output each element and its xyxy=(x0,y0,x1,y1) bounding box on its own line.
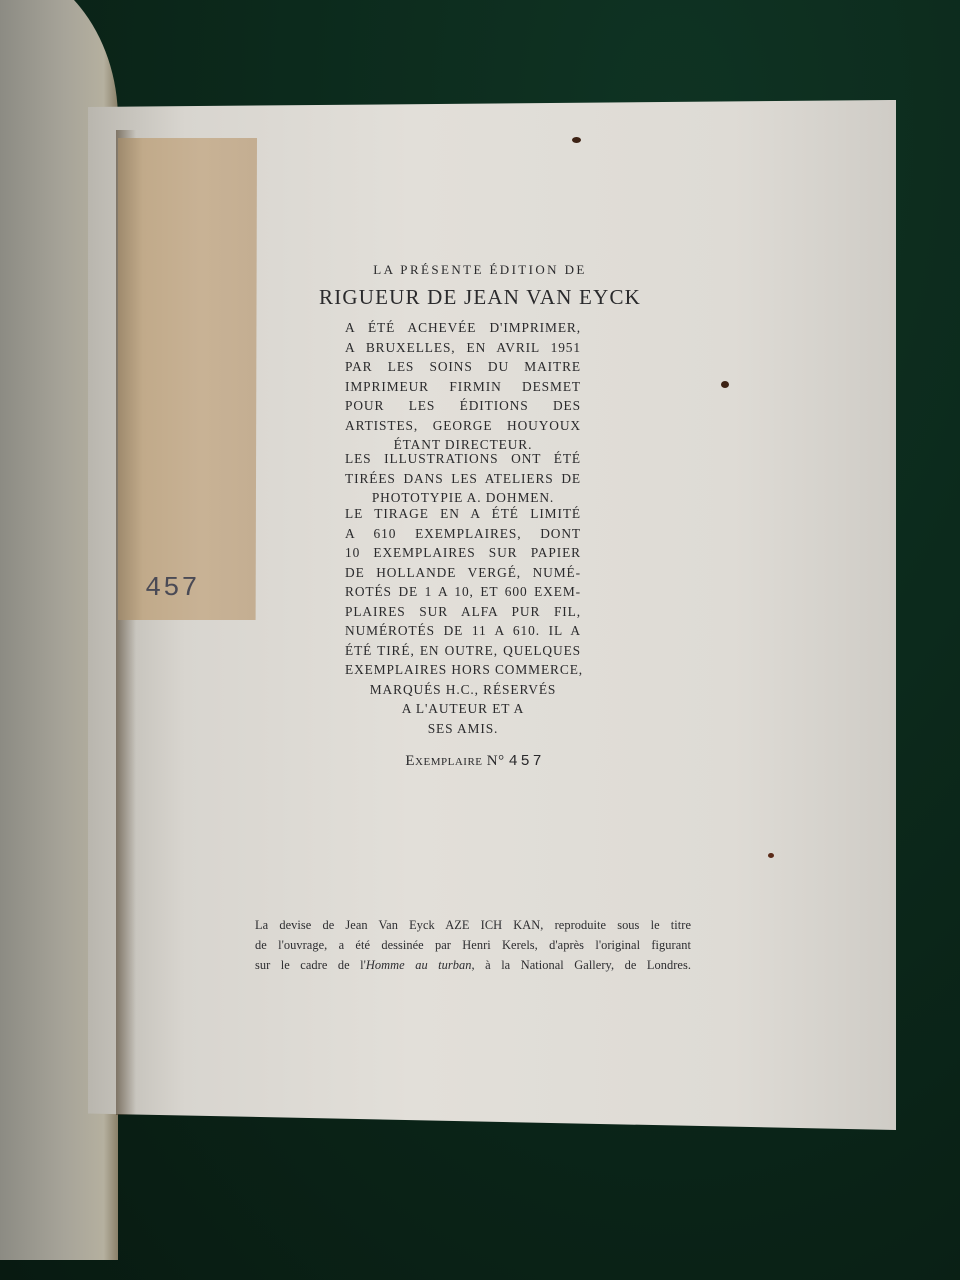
colophon-line: de Hollande vergé, numé- xyxy=(345,563,581,583)
colophon-line: par les soins du maitre xyxy=(345,357,581,377)
colophon-line: tirées dans les ateliers de xyxy=(345,469,581,489)
copy-number: Exemplaire N°457 xyxy=(370,753,580,770)
colophon-line: exemplaires hors commerce, xyxy=(345,660,581,680)
motto-note: La devise de Jean Van Eyck AZE ICH KAN, … xyxy=(255,915,691,975)
foxing-spot xyxy=(721,381,729,388)
colophon-line: Le tirage en a été limité xyxy=(345,504,581,524)
colophon-line: Les illustrations ont été xyxy=(345,449,581,469)
foxing-spot xyxy=(572,137,581,143)
colophon-paragraph-printing: A été achevée d'imprimer, a Bruxelles, e… xyxy=(345,318,581,455)
colophon-line: été tiré, en outre, quelques xyxy=(345,641,581,661)
note-line: sur le cadre de l'Homme au turban, à la … xyxy=(255,955,691,975)
copy-number-label: Exemplaire N° xyxy=(405,753,504,769)
note-text: à la National Gallery, de Londres. xyxy=(475,958,691,972)
colophon-paragraph-illustrations: Les illustrations ont été tirées dans le… xyxy=(345,449,581,508)
note-line: La devise de Jean Van Eyck AZE ICH KAN, … xyxy=(255,915,691,935)
colophon-line: rotés de 1 a 10, et 600 exem- xyxy=(345,582,581,602)
foxing-spot xyxy=(768,853,774,858)
note-text: sur le cadre de l' xyxy=(255,958,366,972)
tipped-in-slip xyxy=(118,138,257,620)
colophon-line: a Bruxelles, en avril 1951 xyxy=(345,338,581,358)
book-title: Rigueur de Jean Van Eyck xyxy=(270,285,690,310)
colophon-line: numérotés de 11 a 610. Il a xyxy=(345,621,581,641)
colophon-paragraph-print-run: Le tirage en a été limité a 610 exemplai… xyxy=(345,504,581,738)
copy-number-value: 457 xyxy=(509,753,545,770)
colophon-line: pour les éditions des xyxy=(345,396,581,416)
colophon-line: a 610 exemplaires, dont xyxy=(345,524,581,544)
colophon-line: marqués H.C., réservés xyxy=(345,680,581,700)
colophon-line: 10 exemplaires sur papier xyxy=(345,543,581,563)
colophon-intro: La présente édition de xyxy=(270,262,690,278)
colophon-line: ses amis. xyxy=(345,719,581,739)
colophon-line: imprimeur Firmin Desmet xyxy=(345,377,581,397)
note-line: de l'ouvrage, a été dessinée par Henri K… xyxy=(255,935,691,955)
colophon-line: plaires sur alfa pur fil, xyxy=(345,602,581,622)
slip-number: 457 xyxy=(145,574,200,604)
artwork-title: Homme au turban, xyxy=(366,958,475,972)
colophon-line: artistes, George Houyoux xyxy=(345,416,581,436)
colophon-line: A été achevée d'imprimer, xyxy=(345,318,581,338)
colophon-line: a l'auteur et a xyxy=(345,699,581,719)
